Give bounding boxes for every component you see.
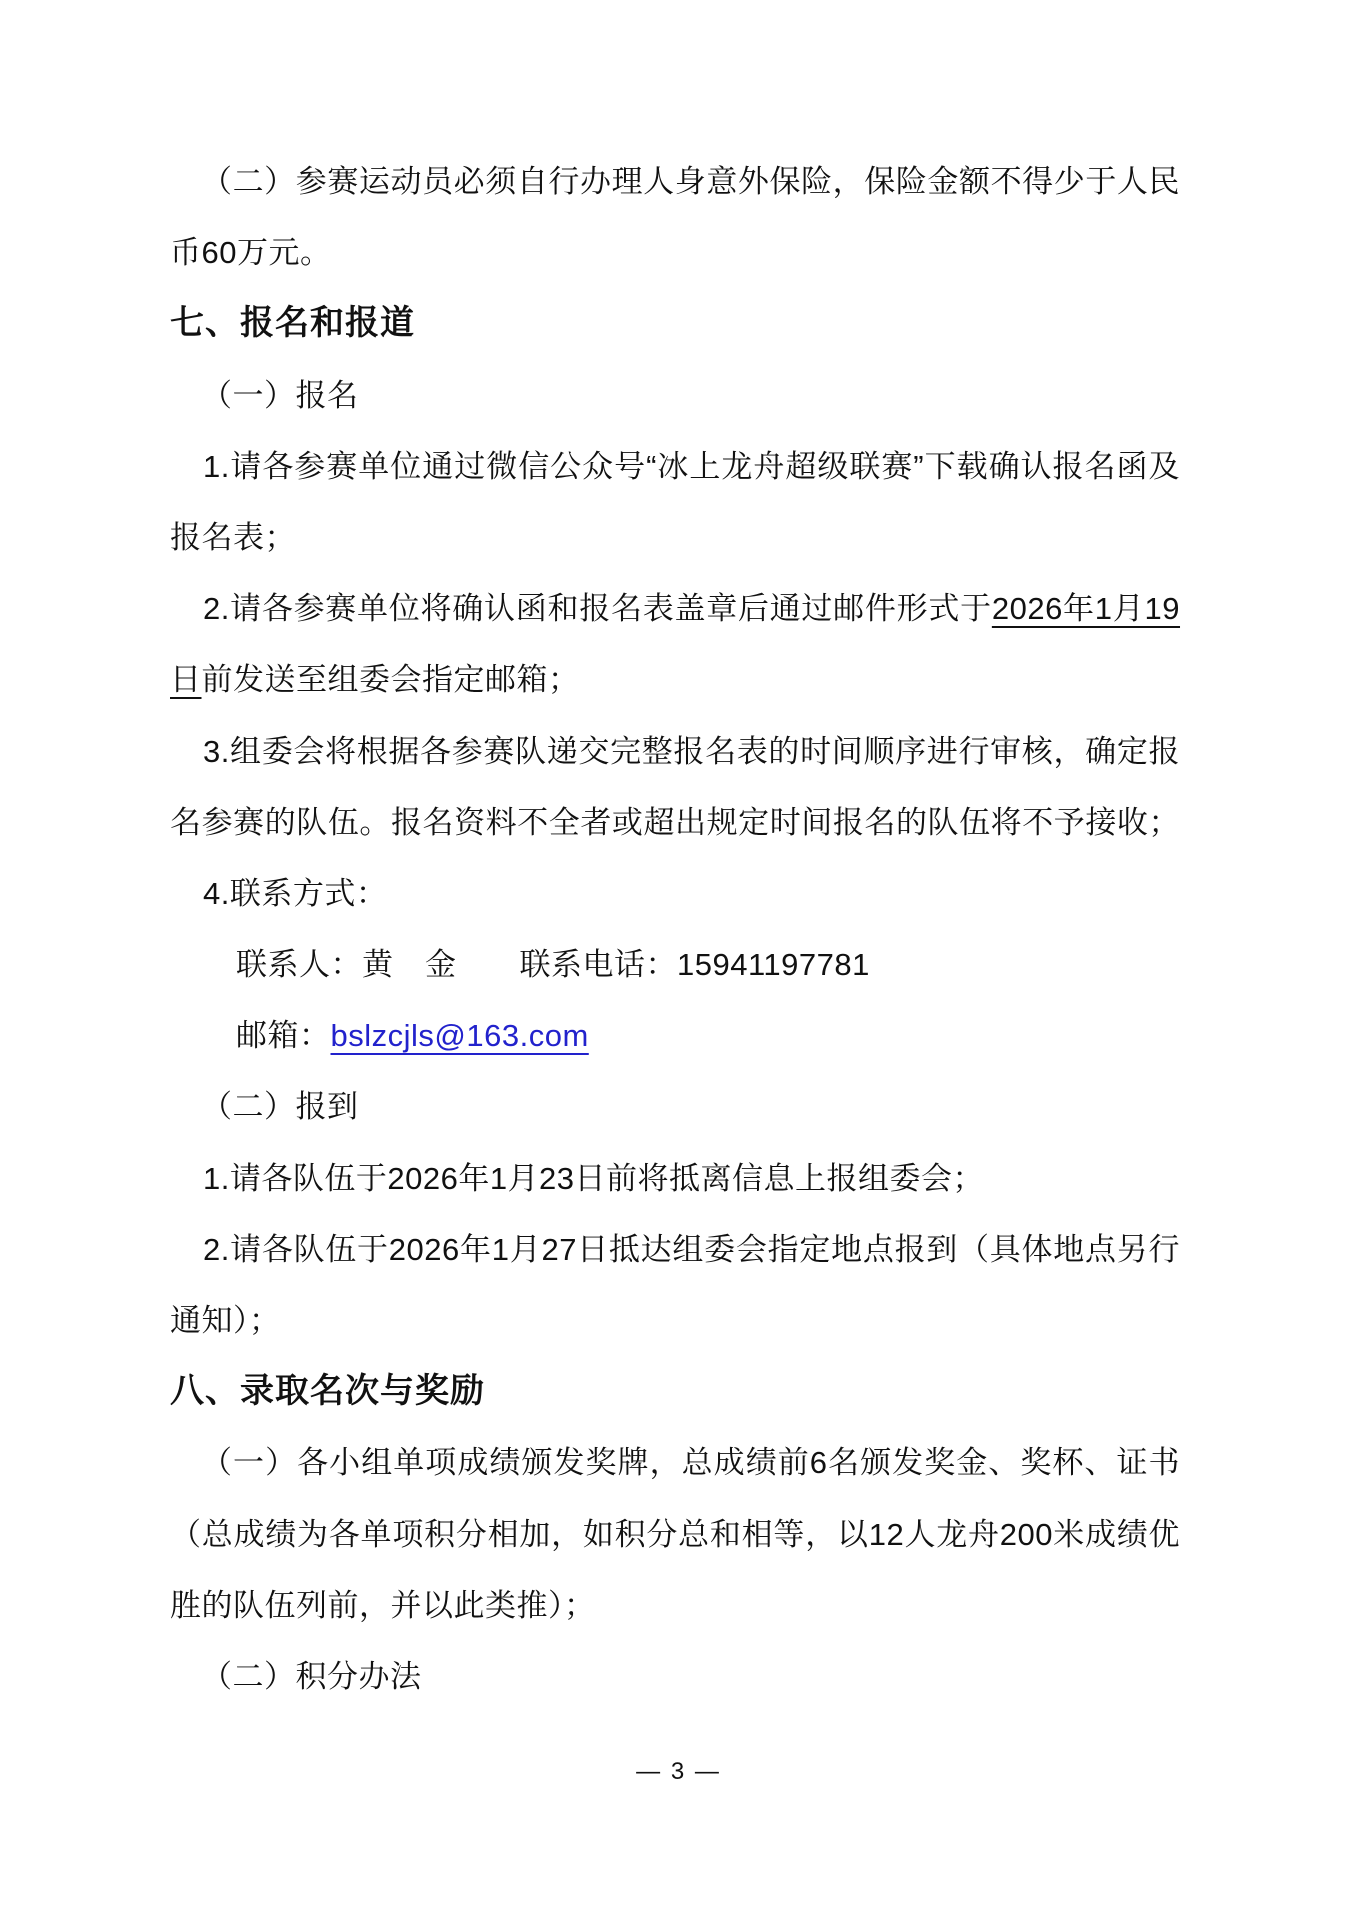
doc-line: 1.请各队伍于2026年1月23日前将抵离信息上报组委会； xyxy=(170,1143,1180,1214)
doc-line: 联系人：黄 金 联系电话：15941197781 xyxy=(170,929,1180,1000)
text-segment: （二）积分办法 xyxy=(201,1659,422,1694)
doc-line: 通知）； xyxy=(170,1285,1180,1356)
text-segment: 通知）； xyxy=(170,1303,281,1338)
doc-line: 2.请各参赛单位将确认函和报名表盖章后通过邮件形式于2026年1月19 xyxy=(170,573,1180,644)
text-segment: 2.请各队伍于2026年1月27日抵达组委会指定地点报到（具体地点另行 xyxy=(203,1232,1180,1267)
text-segment: 联系人：黄 金 联系电话：15941197781 xyxy=(236,947,870,982)
doc-line: （一）各小组单项成绩颁发奖牌，总成绩前6名颁发奖金、奖杯、证书 xyxy=(170,1427,1180,1498)
text-segment: 3.组委会将根据各参赛队递交完整报名表的时间顺序进行审核，确定报 xyxy=(203,734,1180,769)
doc-line: （二）参赛运动员必须自行办理人身意外保险，保险金额不得少于人民 xyxy=(170,146,1180,217)
doc-line: 2.请各队伍于2026年1月27日抵达组委会指定地点报到（具体地点另行 xyxy=(170,1214,1180,1285)
email-link[interactable]: bslzcjls@163.com xyxy=(331,1018,589,1053)
text-segment: （一）各小组单项成绩颁发奖牌，总成绩前6名颁发奖金、奖杯、证书 xyxy=(201,1445,1180,1480)
text-segment: 1.请各参赛单位通过微信公众号“冰上龙舟超级联赛”下载确认报名函及 xyxy=(203,449,1180,484)
text-segment: 前发送至组委会指定邮箱； xyxy=(202,662,580,697)
doc-line: 报名表； xyxy=(170,502,1180,573)
text-segment: 1.请各队伍于2026年1月23日前将抵离信息上报组委会； xyxy=(203,1161,984,1196)
text-segment: 八、录取名次与奖励 xyxy=(170,1372,485,1410)
doc-line: 1.请各参赛单位通过微信公众号“冰上龙舟超级联赛”下载确认报名函及 xyxy=(170,431,1180,502)
text-segment: 胜的队伍列前，并以此类推）； xyxy=(170,1588,596,1623)
text-segment: 邮箱： xyxy=(236,1018,331,1053)
text-segment: 七、报名和报道 xyxy=(170,304,415,342)
text-segment: 4.联系方式： xyxy=(203,876,387,911)
doc-line: （一）报名 xyxy=(170,360,1180,431)
text-segment: （总成绩为各单项积分相加，如积分总和相等，以12人龙舟200米成绩优 xyxy=(170,1517,1180,1552)
text-segment: （一）报名 xyxy=(201,378,359,413)
doc-line: 币60万元。 xyxy=(170,217,1180,288)
text-segment: （二）报到 xyxy=(201,1089,359,1124)
doc-line: 3.组委会将根据各参赛队递交完整报名表的时间顺序进行审核，确定报 xyxy=(170,716,1180,787)
text-segment: 2.请各参赛单位将确认函和报名表盖章后通过邮件形式于 xyxy=(203,591,992,626)
underlined-text: 2026年1月19 xyxy=(992,591,1180,626)
doc-line: （二）报到 xyxy=(170,1071,1180,1142)
text-segment: （二）参赛运动员必须自行办理人身意外保险，保险金额不得少于人民 xyxy=(201,164,1180,199)
text-segment: 币60万元。 xyxy=(170,235,331,270)
doc-line: 日前发送至组委会指定邮箱； xyxy=(170,644,1180,715)
doc-line: 4.联系方式： xyxy=(170,858,1180,929)
text-segment: 名参赛的队伍。报名资料不全者或超出规定时间报名的队伍将不予接收； xyxy=(170,805,1180,840)
text-segment: 报名表； xyxy=(170,520,296,555)
doc-line: （二）积分办法 xyxy=(170,1641,1180,1712)
underlined-text: 日 xyxy=(170,662,202,697)
doc-line: 名参赛的队伍。报名资料不全者或超出规定时间报名的队伍将不予接收； xyxy=(170,787,1180,858)
page-number: — 3 — xyxy=(0,1758,1357,1786)
section-heading: 八、录取名次与奖励 xyxy=(170,1356,1180,1427)
doc-line: 胜的队伍列前，并以此类推）； xyxy=(170,1570,1180,1641)
document-body: （二）参赛运动员必须自行办理人身意外保险，保险金额不得少于人民币60万元。七、报… xyxy=(170,146,1180,1712)
doc-line: 邮箱：bslzcjls@163.com xyxy=(170,1000,1180,1071)
section-heading: 七、报名和报道 xyxy=(170,288,1180,359)
doc-line: （总成绩为各单项积分相加，如积分总和相等，以12人龙舟200米成绩优 xyxy=(170,1499,1180,1570)
